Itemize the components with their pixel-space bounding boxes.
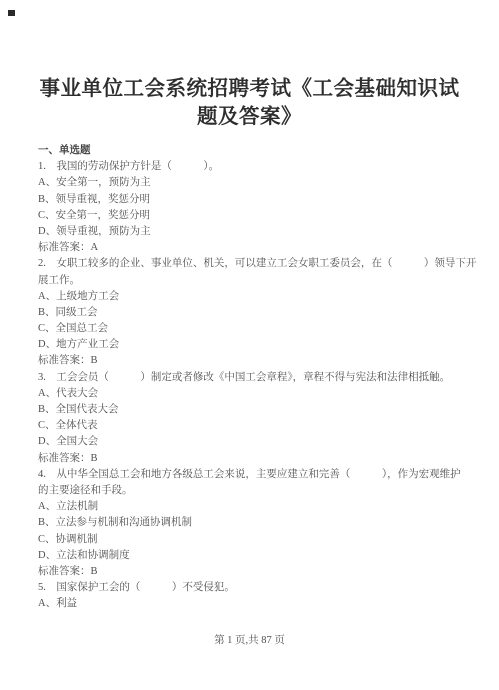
question-text: 4. 从中华全国总工会和地方各级总工会来说，主要应建立和完善（ ），作为宏观维护: [38, 467, 488, 483]
document-title: 事业单位工会系统招聘考试《工会基础知识试 题及答案》: [0, 75, 499, 131]
option-text: C、全国总工会: [38, 321, 488, 337]
option-text: B、领导重视，奖惩分明: [38, 192, 488, 208]
answer-text: 标准答案：B: [38, 451, 488, 467]
question-text: 2. 女职工较多的企业、事业单位、机关，可以建立工会女职工委员会，在（ ）领导下…: [38, 256, 488, 272]
exam-content: 一、单选题1. 我国的劳动保护方针是（ ）。A、安全第一，预防为主B、领导重视，…: [38, 143, 488, 612]
question-text: 1. 我国的劳动保护方针是（ ）。: [38, 159, 488, 175]
option-text: D、领导重视，预防为主: [38, 224, 488, 240]
answer-text: 标准答案：A: [38, 240, 488, 256]
question-text: 5. 国家保护工会的（ ）不受侵犯。: [38, 580, 488, 596]
option-text: B、全国代表大会: [38, 402, 488, 418]
option-text: A、代表大会: [38, 386, 488, 402]
section-heading: 一、单选题: [38, 143, 488, 159]
option-text: C、全体代表: [38, 418, 488, 434]
option-text: C、安全第一，奖惩分明: [38, 208, 488, 224]
option-text: A、利益: [38, 596, 488, 612]
option-text: B、立法参与机制和沟通协调机制: [38, 515, 488, 531]
document-page: 事业单位工会系统招聘考试《工会基础知识试 题及答案》 一、单选题1. 我国的劳动…: [0, 0, 499, 690]
option-text: D、立法和协调制度: [38, 548, 488, 564]
answer-text: 标准答案：B: [38, 564, 488, 580]
option-text: A、上级地方工会: [38, 289, 488, 305]
option-text: D、全国大会: [38, 434, 488, 450]
question-text: 3. 工会会员（ ）制定或者修改《中国工会章程》，章程不得与宪法和法律相抵触。: [38, 370, 488, 386]
corner-artifact-mark: [8, 10, 15, 16]
title-line-1: 事业单位工会系统招聘考试《工会基础知识试: [0, 75, 499, 103]
option-text: B、同级工会: [38, 305, 488, 321]
title-line-2: 题及答案》: [0, 103, 499, 131]
answer-text: 标准答案：B: [38, 353, 488, 369]
option-text: A、安全第一，预防为主: [38, 175, 488, 191]
option-text: A、立法机制: [38, 499, 488, 515]
option-text: D、地方产业工会: [38, 337, 488, 353]
page-number-footer: 第 1 页,共 87 页: [0, 633, 499, 649]
question-text-continuation: 展工作。: [38, 273, 488, 289]
question-text-continuation: 的主要途径和手段。: [38, 483, 488, 499]
option-text: C、协调机制: [38, 532, 488, 548]
